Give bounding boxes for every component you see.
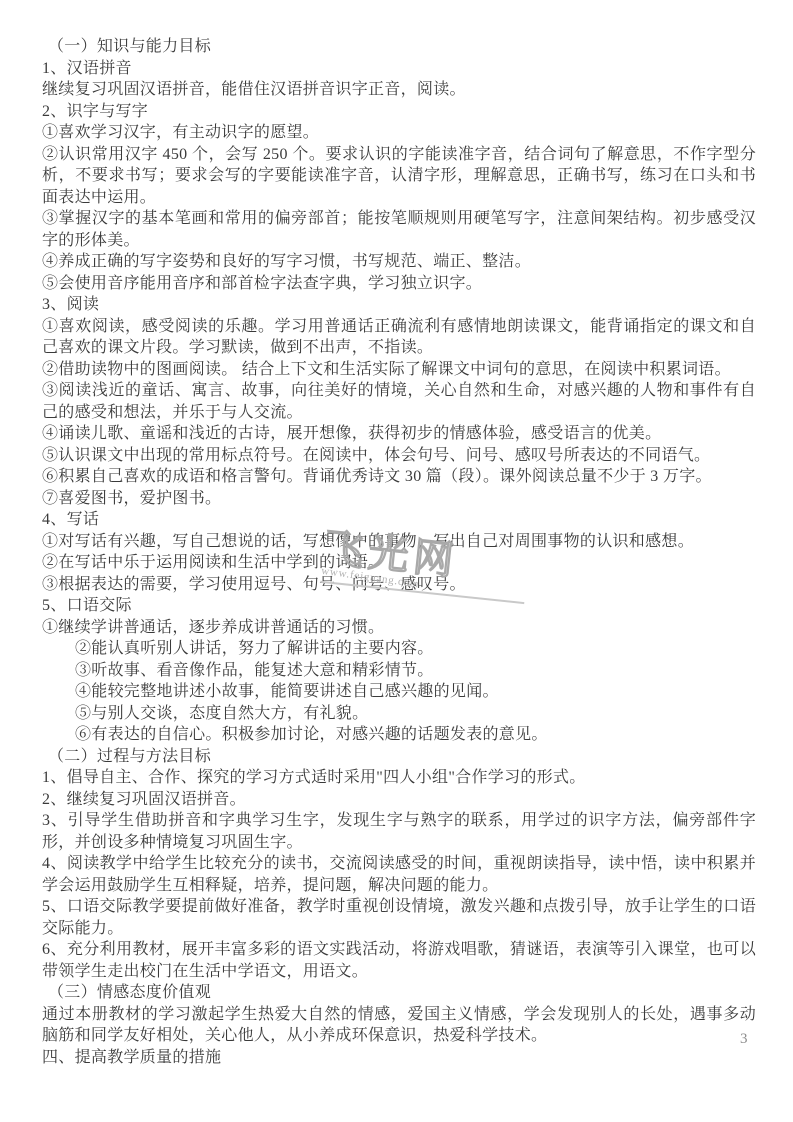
paragraph: ④诵读儿歌、童谣和浅近的古诗，展开想像，获得初步的情感体验，感受语言的优美。 bbox=[42, 423, 756, 445]
paragraph: ③听故事、看音像作品，能复述大意和精彩情节。 bbox=[42, 660, 756, 682]
paragraph: 通过本册教材的学习激起学生热爱大自然的情感，爱国主义情感，学会发现别人的长处，遇… bbox=[42, 1004, 756, 1047]
paragraph: ③阅读浅近的童话、寓言、故事，向往美好的情境，关心自然和生命，对感兴趣的人物和事… bbox=[42, 380, 756, 423]
paragraph: （三）情感态度价值观 bbox=[42, 982, 756, 1004]
paragraph: ⑦喜爱图书，爱护图书。 bbox=[42, 488, 756, 510]
paragraph: ③根据表达的需要，学习使用逗号、句号、问号、感叹号。 bbox=[42, 574, 756, 596]
paragraph: 2、继续复习巩固汉语拼音。 bbox=[42, 789, 756, 811]
paragraph: （一）知识与能力目标 bbox=[42, 36, 756, 58]
paragraph: ④养成正确的写字姿势和良好的写字习惯，书写规范、端正、整洁。 bbox=[42, 251, 756, 273]
paragraph: 四、提高教学质量的措施 bbox=[42, 1047, 756, 1069]
paragraph: ②认识常用汉字 450 个，会写 250 个。要求认识的字能读准字音，结合词句了… bbox=[42, 144, 756, 209]
paragraph: 4、阅读教学中给学生比较充分的读书，交流阅读感受的时间，重视朗读指导，读中悟，读… bbox=[42, 853, 756, 896]
paragraph: ⑤认识课文中出现的常用标点符号。在阅读中，体会句号、问号、感叹号所表达的不同语气… bbox=[42, 445, 756, 467]
paragraph: ④能较完整地讲述小故事，能简要讲述自己感兴趣的见闻。 bbox=[42, 681, 756, 703]
paragraph: ②在写话中乐于运用阅读和生活中学到的词语。 bbox=[42, 552, 756, 574]
paragraph: 4、写话 bbox=[42, 509, 756, 531]
paragraph: ③掌握汉字的基本笔画和常用的偏旁部首；能按笔顺规则用硬笔写字，注意间架结构。初步… bbox=[42, 208, 756, 251]
paragraph: ①对写话有兴趣，写自己想说的话，写想像中的事物，写出自己对周围事物的认识和感想。 bbox=[42, 531, 756, 553]
paragraph: （二）过程与方法目标 bbox=[42, 746, 756, 768]
paragraph: ②能认真听别人讲话，努力了解讲话的主要内容。 bbox=[42, 638, 756, 660]
document-body: （一）知识与能力目标1、汉语拼音继续复习巩固汉语拼音，能借住汉语拼音识字正音，阅… bbox=[42, 36, 756, 1068]
paragraph: 5、口语交际教学要提前做好准备，教学时重视创设情境，激发兴趣和点拨引导，放手让学… bbox=[42, 896, 756, 939]
paragraph: 5、口语交际 bbox=[42, 595, 756, 617]
paragraph: ①喜欢学习汉字，有主动识字的愿望。 bbox=[42, 122, 756, 144]
paragraph: ⑥积累自己喜欢的成语和格言警句。背诵优秀诗文 30 篇（段）。课外阅读总量不少于… bbox=[42, 466, 756, 488]
paragraph: 1、汉语拼音 bbox=[42, 58, 756, 80]
paragraph: ②借助读物中的图画阅读。 结合上下文和生活实际了解课文中词句的意思，在阅读中积累… bbox=[42, 359, 756, 381]
paragraph: ⑥有表达的自信心。积极参加讨论，对感兴趣的话题发表的意见。 bbox=[42, 724, 756, 746]
page-number: 3 bbox=[740, 1031, 748, 1048]
document-page: （一）知识与能力目标1、汉语拼音继续复习巩固汉语拼音，能借住汉语拼音识字正音，阅… bbox=[0, 0, 793, 1122]
paragraph: 3、引导学生借助拼音和字典学习生字，发现生字与熟字的联系，用学过的识字方法，偏旁… bbox=[42, 810, 756, 853]
paragraph: 1、倡导自主、合作、探究的学习方式适时采用"四人小组"合作学习的形式。 bbox=[42, 767, 756, 789]
paragraph: ⑤与别人交谈，态度自然大方，有礼貌。 bbox=[42, 703, 756, 725]
paragraph: ①喜欢阅读，感受阅读的乐趣。学习用普通话正确流利有感情地朗读课文，能背诵指定的课… bbox=[42, 316, 756, 359]
paragraph: 继续复习巩固汉语拼音，能借住汉语拼音识字正音，阅读。 bbox=[42, 79, 756, 101]
paragraph: ①继续学讲普通话，逐步养成讲普通话的习惯。 bbox=[42, 617, 756, 639]
paragraph: 2、识字与写字 bbox=[42, 101, 756, 123]
paragraph: 3、阅读 bbox=[42, 294, 756, 316]
paragraph: ⑤会使用音序能用音序和部首检字法查字典，学习独立识字。 bbox=[42, 273, 756, 295]
paragraph: 6、充分利用教材，展开丰富多彩的语文实践活动，将游戏唱歌，猜谜语，表演等引入课堂… bbox=[42, 939, 756, 982]
